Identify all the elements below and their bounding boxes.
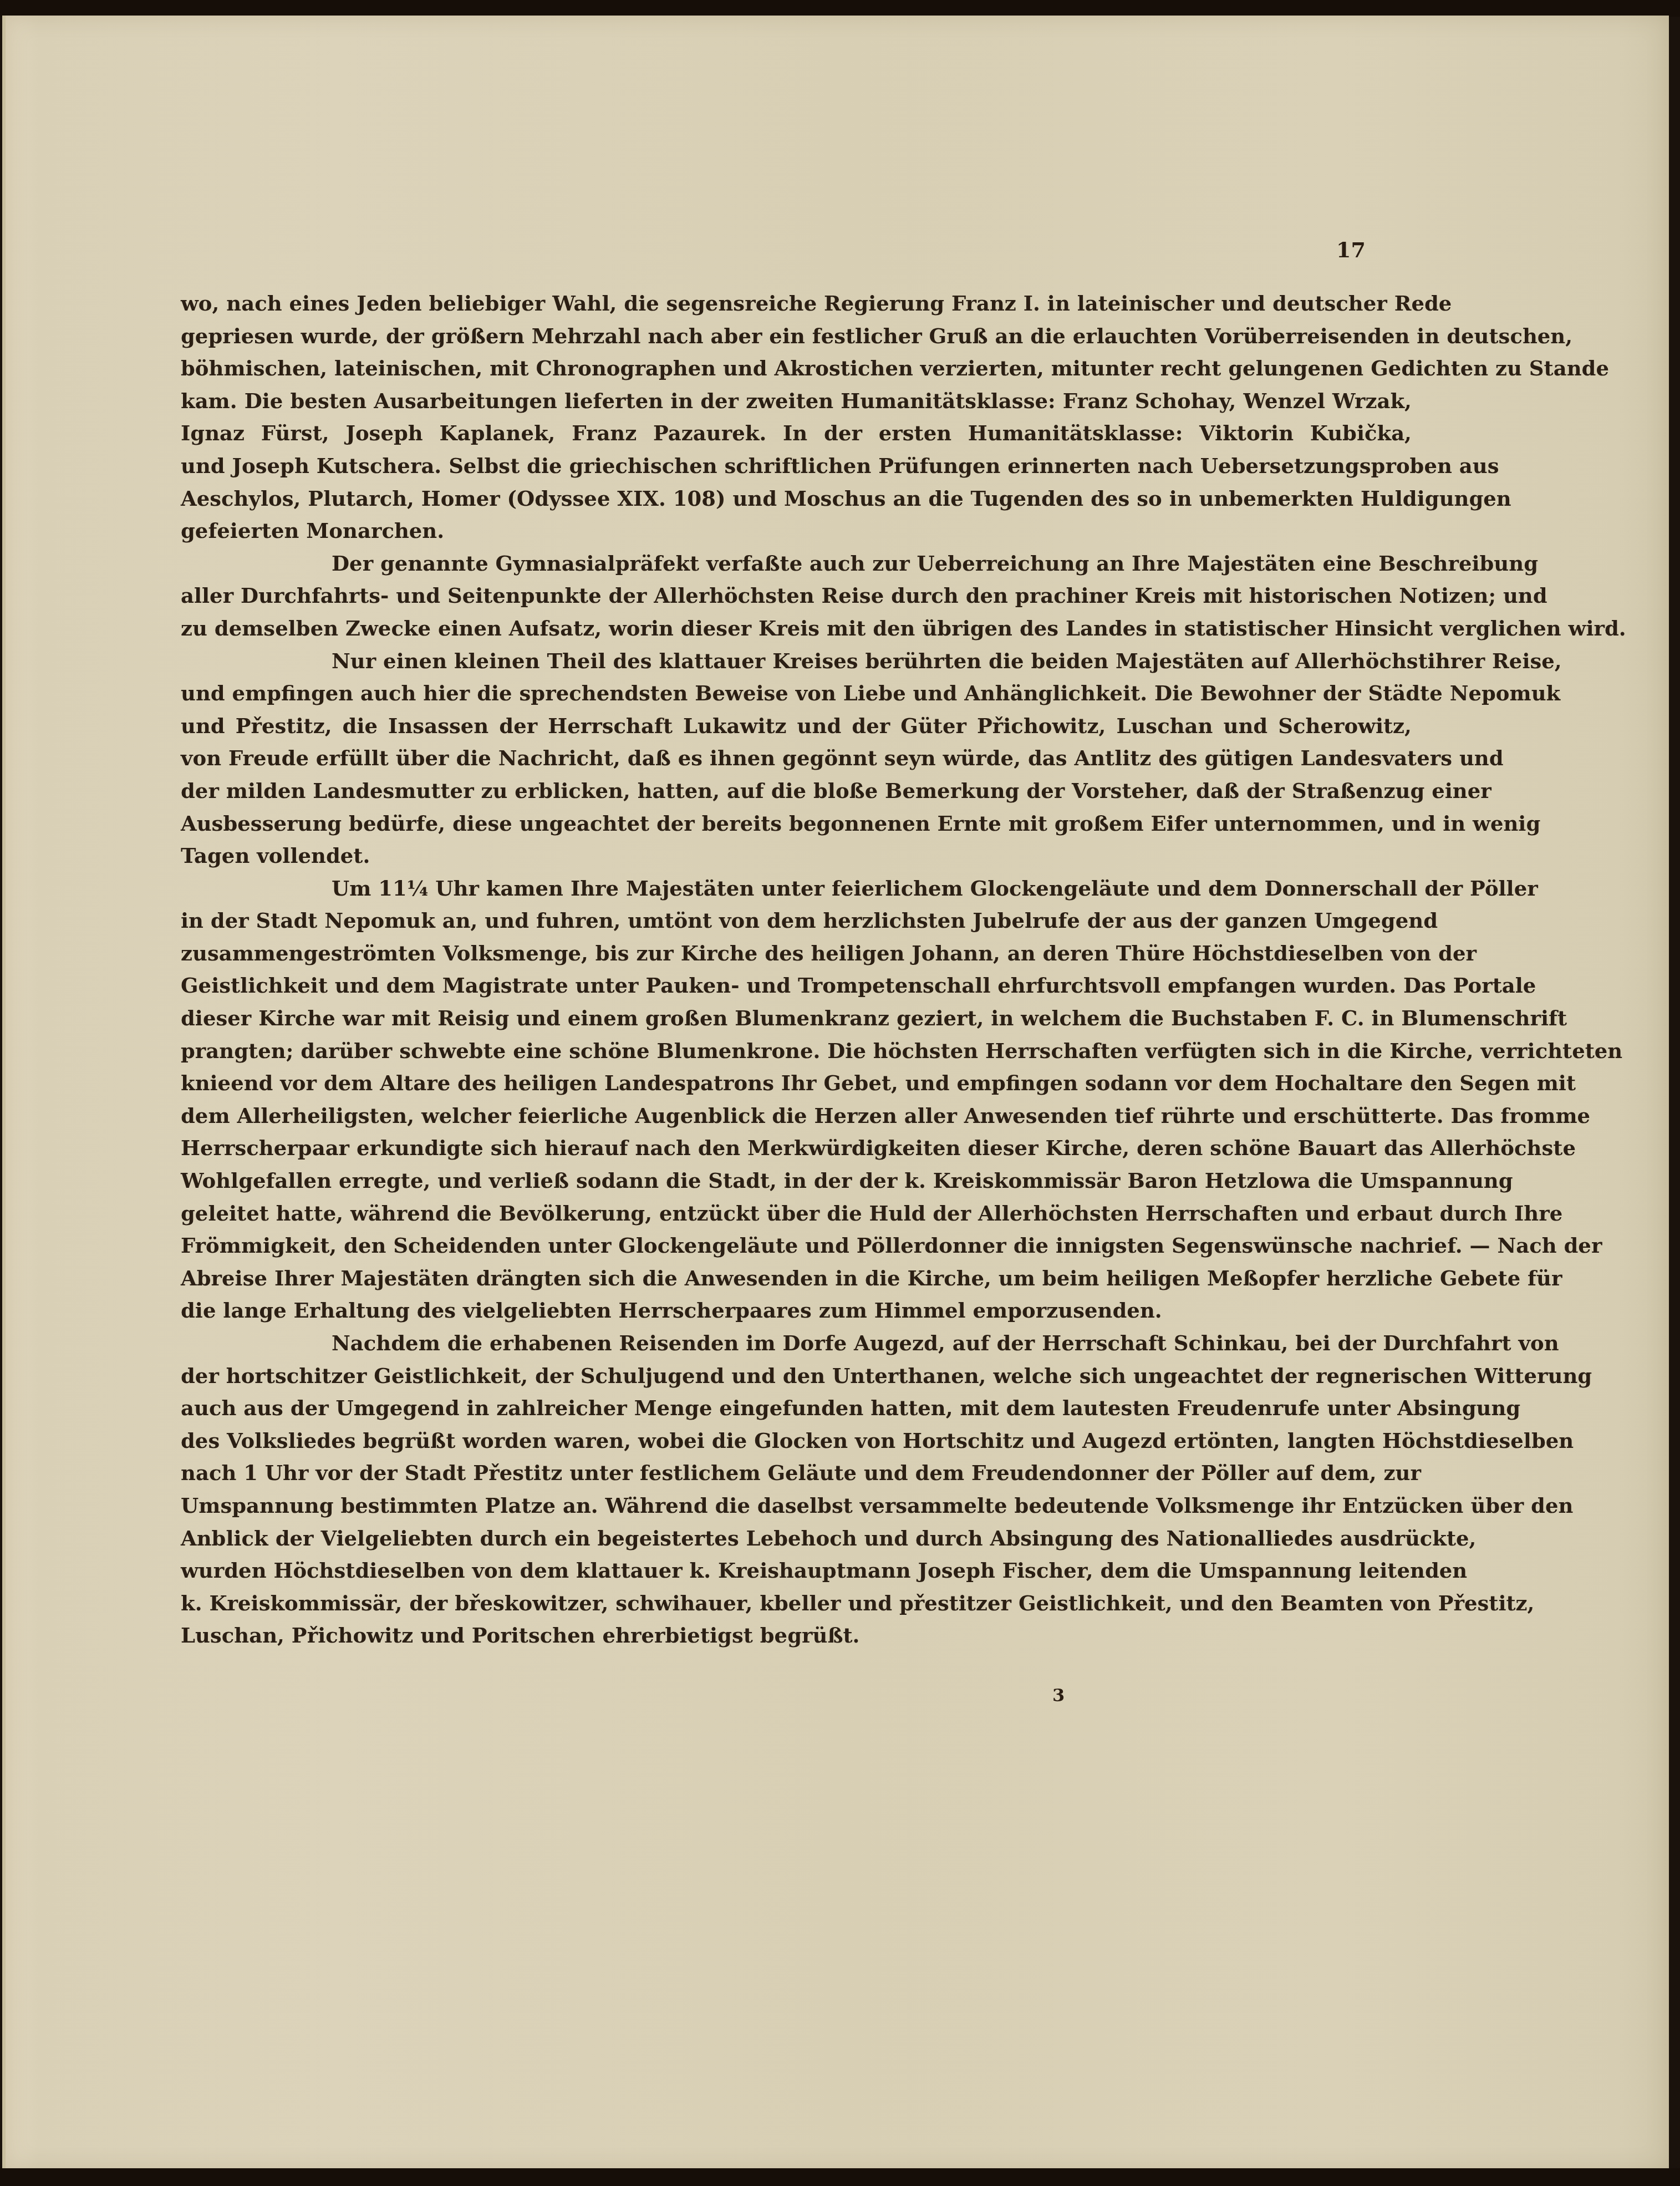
text-line: wo, nach eines Jeden beliebiger Wahl, di…: [181, 287, 1412, 320]
text-line: dem Allerheiligsten, welcher feierliche …: [181, 1100, 1412, 1132]
text-line: k. Kreiskommissär, der břeskowitzer, sch…: [181, 1587, 1412, 1620]
paragraph: Nachdem die erhabenen Reisenden im Dorfe…: [181, 1327, 1412, 1652]
text-line: gepriesen wurde, der größern Mehrzahl na…: [181, 320, 1412, 353]
scan-border-bottom: [0, 2168, 1680, 2186]
text-line: Wohlgefallen erregte, und verließ sodann…: [181, 1165, 1412, 1197]
text-line: Herrscherpaar erkundigte sich hierauf na…: [181, 1132, 1412, 1165]
text-line: und Přestitz, die Insassen der Herrschaf…: [181, 710, 1412, 743]
text-line: und Joseph Kutschera. Selbst die griechi…: [181, 450, 1412, 482]
paragraph: Nur einen kleinen Theil des klattauer Kr…: [181, 645, 1412, 872]
text-line: böhmischen, lateinischen, mit Chronograp…: [181, 352, 1412, 385]
text-line: Ignaz Fürst, Joseph Kaplanek, Franz Paza…: [181, 417, 1412, 450]
text-line: Der genannte Gymnasialpräfekt verfaßte a…: [181, 547, 1412, 580]
text-line: aller Durchfahrts- und Seitenpunkte der …: [181, 579, 1412, 612]
text-line: Ausbesserung bedürfe, diese ungeachtet d…: [181, 807, 1412, 840]
text-line: zu demselben Zwecke einen Aufsatz, worin…: [181, 612, 1412, 645]
text-line: zusammengeströmten Volksmenge, bis zur K…: [181, 937, 1412, 970]
text-line: nach 1 Uhr vor der Stadt Přestitz unter …: [181, 1457, 1412, 1489]
text-line: geleitet hatte, während die Bevölkerung,…: [181, 1197, 1412, 1230]
text-line: prangten; darüber schwebte eine schöne B…: [181, 1035, 1412, 1067]
paragraph: wo, nach eines Jeden beliebiger Wahl, di…: [181, 287, 1412, 547]
text-line: und empfingen auch hier die sprechendste…: [181, 677, 1412, 710]
book-page: 17 wo, nach eines Jeden beliebiger Wahl,…: [2, 16, 1669, 2169]
text-line: des Volksliedes begrüßt worden waren, wo…: [181, 1425, 1412, 1457]
paragraph: Um 11¼ Uhr kamen Ihre Majestäten unter f…: [181, 872, 1412, 1327]
text-line: Um 11¼ Uhr kamen Ihre Majestäten unter f…: [181, 872, 1412, 905]
text-line: auch aus der Umgegend in zahlreicher Men…: [181, 1392, 1412, 1425]
page-number: 17: [1336, 237, 1366, 262]
text-line: kam. Die besten Ausarbeitungen lieferten…: [181, 385, 1412, 418]
ink-speck: [1388, 1283, 1391, 1285]
text-line: Luschan, Přichowitz und Poritschen ehrer…: [181, 1619, 1412, 1652]
text-line: Abreise Ihrer Majestäten drängten sich d…: [181, 1262, 1412, 1295]
text-line: Anblick der Vielgeliebten durch ein bege…: [181, 1522, 1412, 1555]
text-line: Aeschylos, Plutarch, Homer (Odyssee XIX.…: [181, 482, 1412, 515]
text-line: von Freude erfüllt über die Nachricht, d…: [181, 742, 1412, 775]
text-line: Frömmigkeit, den Scheidenden unter Glock…: [181, 1229, 1412, 1262]
signature-mark: 3: [1052, 1685, 1065, 1706]
paragraph: Der genannte Gymnasialpräfekt verfaßte a…: [181, 547, 1412, 645]
text-line: wurden Höchstdieselben von dem klattauer…: [181, 1554, 1412, 1587]
text-line: dieser Kirche war mit Reisig und einem g…: [181, 1002, 1412, 1035]
ink-speck: [1358, 1152, 1362, 1156]
text-line: der milden Landesmutter zu erblicken, ha…: [181, 775, 1412, 807]
text-line: Nachdem die erhabenen Reisenden im Dorfe…: [181, 1327, 1412, 1360]
text-line: gefeierten Monarchen.: [181, 515, 1412, 547]
text-line: knieend vor dem Altare des heiligen Land…: [181, 1067, 1412, 1100]
text-line: Nur einen kleinen Theil des klattauer Kr…: [181, 645, 1412, 678]
text-line: Geistlichkeit und dem Magistrate unter P…: [181, 969, 1412, 1002]
text-line: Tagen vollendet.: [181, 840, 1412, 872]
text-line: Umspannung bestimmten Platze an. Während…: [181, 1489, 1412, 1522]
text-line: der hortschitzer Geistlichkeit, der Schu…: [181, 1360, 1412, 1392]
scan-border-top: [0, 0, 1680, 17]
text-line: in der Stadt Nepomuk an, und fuhren, umt…: [181, 904, 1412, 937]
text-line: die lange Erhaltung des vielgeliebten He…: [181, 1294, 1412, 1327]
body-text: wo, nach eines Jeden beliebiger Wahl, di…: [181, 287, 1412, 1652]
